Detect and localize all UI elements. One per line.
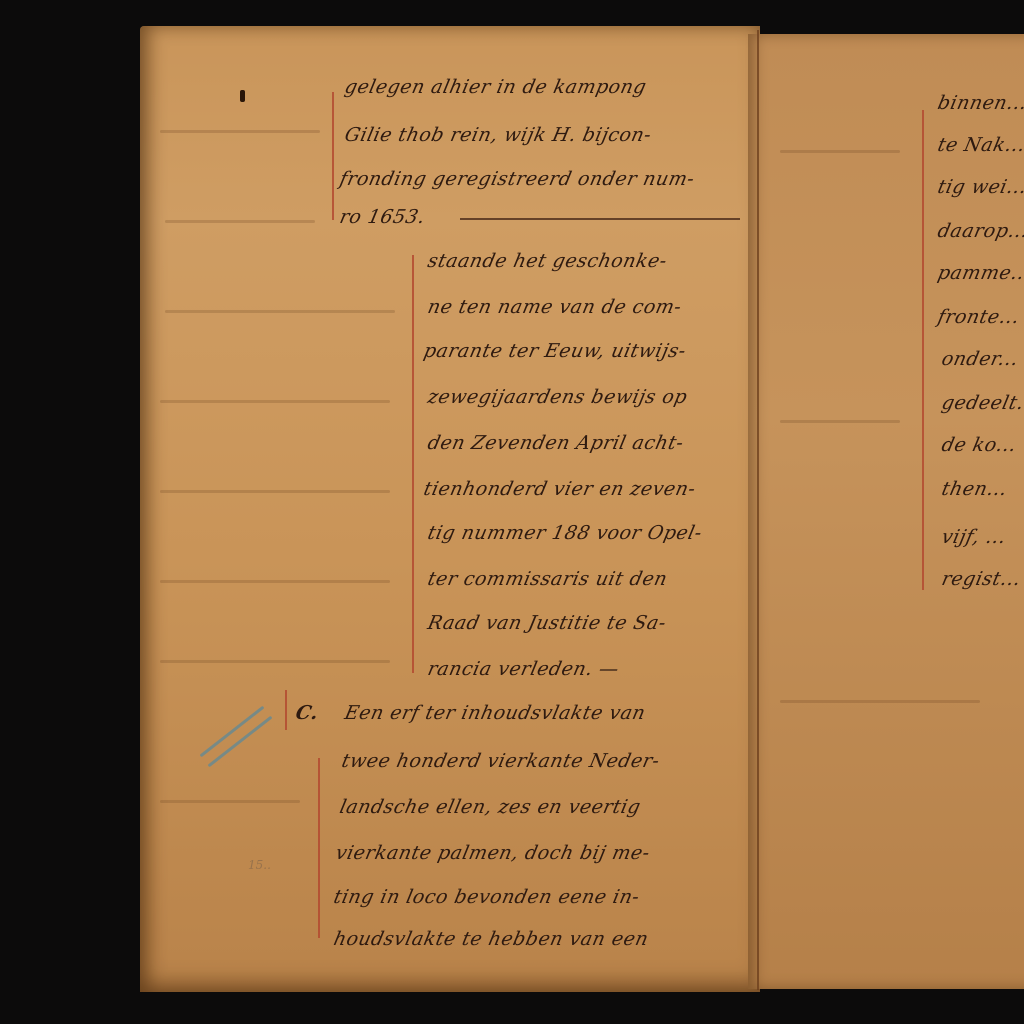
bleed-through-line	[780, 150, 900, 153]
bleed-through-line	[160, 130, 320, 133]
closing-rule-top-entry	[460, 218, 740, 220]
text-line: te Nak...	[936, 134, 1024, 156]
text-line: fronte...	[936, 306, 1022, 328]
bleed-through-line	[165, 220, 315, 223]
bleed-through-line	[160, 490, 390, 493]
text-line: then...	[940, 478, 1010, 500]
text-line: regist...	[940, 568, 1023, 590]
bleed-through-line	[165, 310, 395, 313]
text-line: zewegijaardens bewijs op	[426, 386, 690, 408]
margin-rule-top	[332, 92, 334, 220]
text-line: de ko...	[940, 434, 1019, 456]
text-line: gelegen alhier in de kampong	[343, 76, 649, 98]
text-line: rancia verleden. —	[426, 658, 622, 680]
text-line: den Zevenden April acht-	[426, 432, 686, 454]
text-line: ter commissaris uit den	[426, 568, 670, 590]
text-line: parante ter Eeuw, uitwijs-	[422, 340, 689, 362]
text-line: binnen...	[936, 92, 1024, 114]
text-line: vierkante palmen, doch bij me-	[334, 842, 652, 864]
text-line: tienhonderd vier en zeven-	[422, 478, 698, 500]
text-line: ting in loco bevonden eene in-	[332, 886, 642, 908]
text-line: vijf, ...	[940, 526, 1008, 548]
text-line: tig wei...	[936, 176, 1024, 198]
text-line: daarop...	[936, 220, 1024, 242]
margin-rule-c	[318, 758, 320, 938]
bleed-through-line	[160, 660, 390, 663]
margin-rule-right-page	[922, 110, 924, 590]
text-line: onder...	[940, 348, 1021, 370]
text-line: gedeelt...	[940, 392, 1024, 414]
bleed-through-line	[780, 700, 980, 703]
text-line: pamme...	[936, 262, 1024, 284]
text-line: ro 1653.	[338, 206, 428, 228]
text-line: houdsvlakte te hebben van een	[332, 928, 651, 950]
text-line: Raad van Justitie te Sa-	[426, 612, 669, 634]
text-line: ne ten name van de com-	[426, 296, 684, 318]
margin-rule-c-label	[285, 690, 287, 730]
text-line: fronding geregistreerd onder num-	[338, 168, 697, 190]
text-line: Gilie thob rein, wijk H. bijcon-	[343, 124, 654, 146]
bleed-through-line	[160, 580, 390, 583]
margin-pencil-note: 15..	[248, 858, 271, 872]
text-line: staande het geschonke-	[426, 250, 669, 272]
text-line: tig nummer 188 voor Opel-	[426, 522, 704, 544]
text-line: Een erf ter inhoudsvlakte van	[343, 702, 648, 724]
margin-rule-middle	[412, 255, 414, 673]
bleed-through-line	[780, 420, 900, 423]
text-line: twee honderd vierkante Neder-	[340, 750, 662, 772]
page-fold	[757, 30, 759, 990]
text-line: landsche ellen, zes en veertig	[338, 796, 643, 818]
ink-blot	[240, 90, 245, 102]
entry-label: C.	[294, 702, 321, 724]
bleed-through-line	[160, 800, 300, 803]
bleed-through-line	[160, 400, 390, 403]
